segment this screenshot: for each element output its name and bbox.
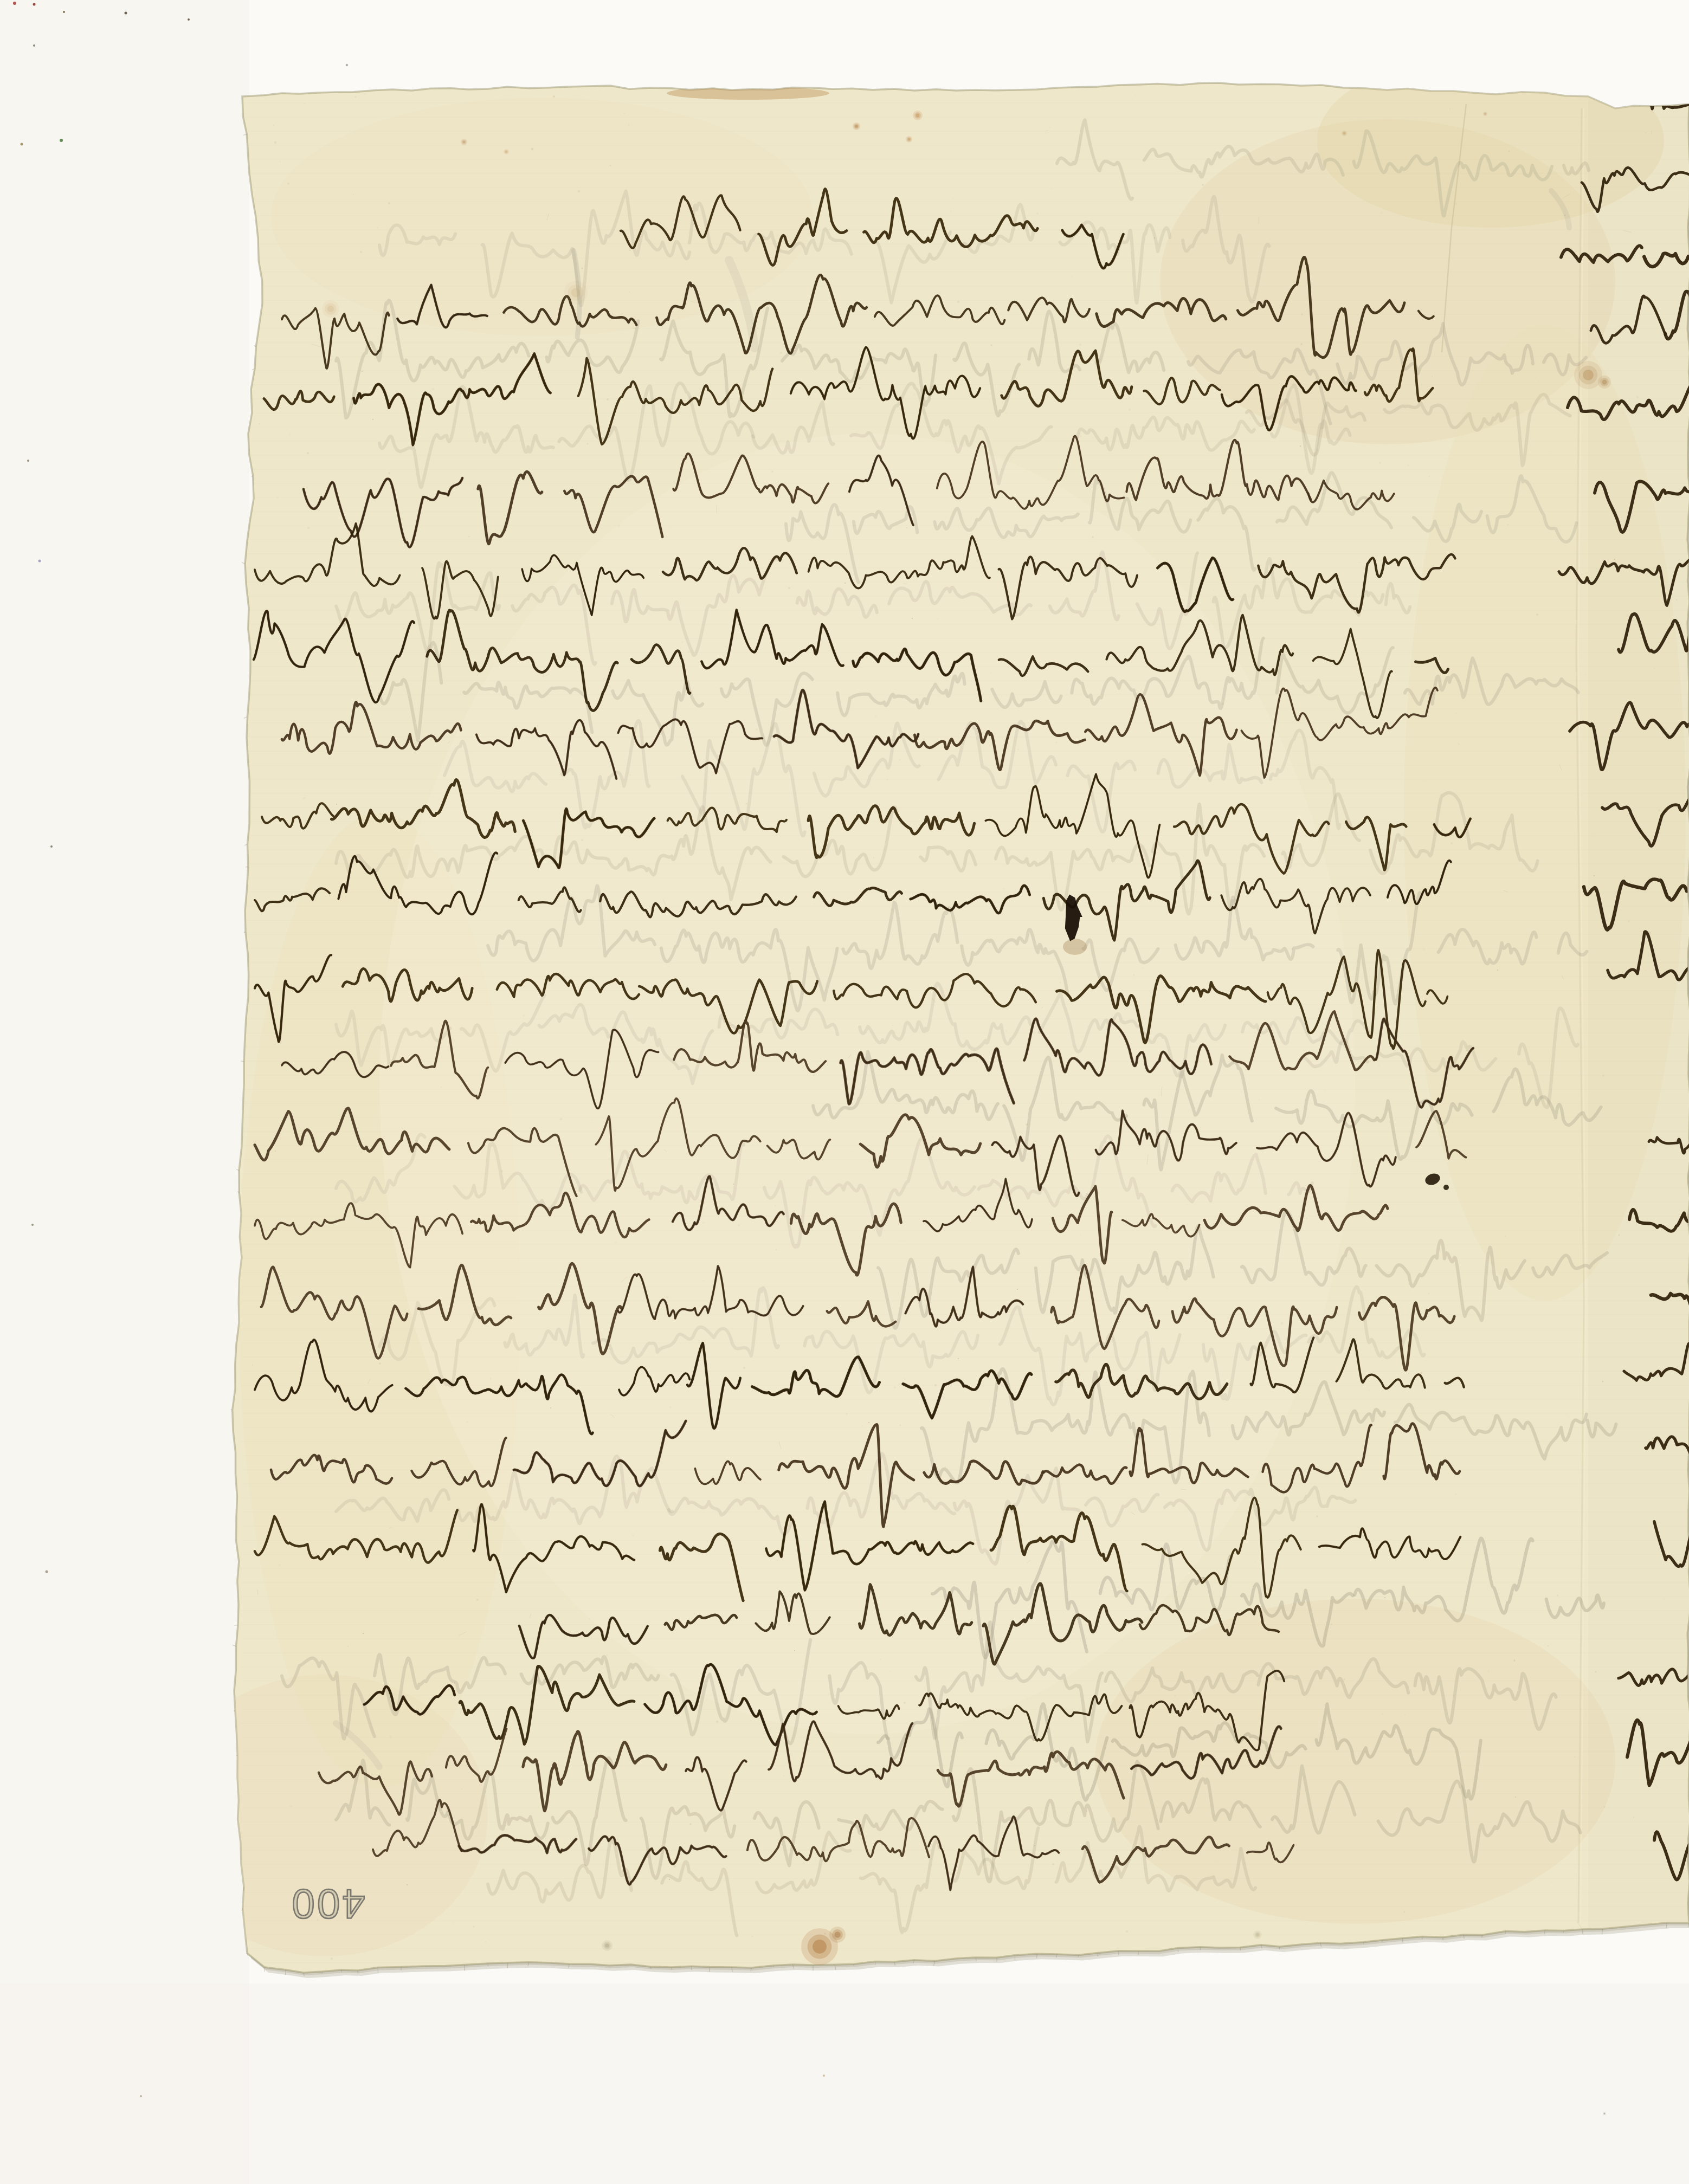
paper-freckle bbox=[1455, 713, 1457, 714]
paper-freckle bbox=[702, 1280, 704, 1281]
stain bbox=[564, 281, 588, 305]
stain-core bbox=[834, 1931, 840, 1937]
paper-freckle bbox=[1382, 1713, 1384, 1715]
paper-freckle bbox=[850, 1151, 852, 1152]
paper-freckle bbox=[689, 1823, 692, 1825]
paper-freckle bbox=[1079, 344, 1081, 346]
paper-micro-speck bbox=[407, 1884, 408, 1885]
paper-freckle bbox=[892, 1025, 893, 1026]
paper-freckle bbox=[560, 1118, 563, 1121]
scan-canvas: 400 bbox=[0, 0, 1689, 2184]
paper-freckle bbox=[678, 317, 679, 318]
paper-freckle bbox=[1190, 1589, 1192, 1591]
paper-freckle bbox=[277, 497, 279, 499]
paper-freckle bbox=[496, 597, 498, 599]
paper-micro-speck bbox=[912, 618, 913, 619]
paper-freckle bbox=[1540, 229, 1541, 230]
paper-freckle bbox=[1363, 322, 1365, 324]
dust-speck bbox=[188, 18, 190, 21]
dust-speck bbox=[46, 1571, 48, 1573]
paper-freckle bbox=[1449, 108, 1451, 109]
paper-freckle bbox=[904, 1702, 906, 1704]
paper-freckle bbox=[307, 452, 309, 454]
dust-speck bbox=[31, 1224, 34, 1226]
paper-freckle bbox=[1378, 1065, 1380, 1067]
paper-freckle bbox=[901, 1240, 903, 1242]
paper-freckle bbox=[904, 1378, 906, 1380]
dust-speck bbox=[33, 44, 35, 47]
paper-freckle bbox=[279, 1564, 281, 1566]
paper-freckle bbox=[485, 1942, 487, 1943]
paper-freckle bbox=[1403, 1911, 1405, 1912]
deckle-fuzz-hair bbox=[234, 1625, 238, 1626]
paper-freckle bbox=[945, 1466, 946, 1468]
paper-freckle bbox=[642, 1123, 643, 1125]
paper-freckle bbox=[1129, 409, 1131, 411]
paper-freckle bbox=[476, 1599, 479, 1601]
paper-freckle bbox=[1498, 1114, 1499, 1115]
paper-freckle bbox=[411, 1228, 412, 1230]
paper-freckle bbox=[957, 301, 960, 303]
paper-freckle bbox=[1359, 562, 1360, 563]
paper-freckle bbox=[586, 443, 588, 444]
paper-freckle bbox=[752, 1936, 753, 1937]
paper-freckle bbox=[1381, 211, 1383, 214]
paper-freckle bbox=[1408, 465, 1409, 466]
paper-freckle bbox=[635, 502, 636, 503]
paper-freckle bbox=[1505, 1236, 1506, 1237]
paper-freckle bbox=[1425, 780, 1427, 782]
paper-freckle bbox=[628, 124, 629, 125]
paper-freckle bbox=[1186, 1204, 1188, 1206]
paper-freckle bbox=[1175, 1695, 1176, 1697]
paper-freckle bbox=[1300, 343, 1302, 345]
stain-core bbox=[463, 141, 466, 144]
paper-freckle bbox=[1005, 1030, 1007, 1031]
paper-freckle bbox=[1166, 1288, 1168, 1289]
paper-freckle bbox=[609, 164, 611, 166]
paper-freckle bbox=[1548, 1645, 1549, 1646]
stain bbox=[602, 1940, 613, 1951]
paper-freckle bbox=[494, 1588, 496, 1591]
stain bbox=[829, 1927, 846, 1943]
paper-freckle bbox=[578, 190, 580, 192]
paper-freckle bbox=[259, 423, 261, 425]
paper-freckle bbox=[814, 903, 815, 904]
paper-freckle bbox=[1423, 948, 1425, 951]
paper-freckle bbox=[1135, 95, 1136, 96]
paper-freckle bbox=[303, 797, 305, 799]
bed-shading-bottom bbox=[0, 1983, 1689, 2184]
paper-freckle bbox=[886, 779, 888, 781]
stain-core bbox=[1343, 132, 1345, 134]
paper-freckle bbox=[899, 759, 901, 761]
paper-freckle bbox=[615, 1242, 617, 1244]
paper-micro-speck bbox=[363, 1633, 364, 1634]
paper-freckle bbox=[1324, 1089, 1325, 1091]
paper-freckle bbox=[862, 1425, 863, 1426]
paper-freckle bbox=[1317, 1516, 1318, 1517]
dust-speck bbox=[21, 143, 23, 146]
paper-freckle bbox=[869, 1161, 871, 1162]
paper-freckle bbox=[401, 1718, 403, 1720]
paper-freckle bbox=[1386, 96, 1388, 98]
deckle-fuzz-hair bbox=[875, 1962, 875, 1965]
paper-freckle bbox=[441, 1087, 442, 1088]
paper-micro-speck bbox=[563, 1711, 564, 1712]
paper-freckle bbox=[607, 398, 609, 400]
paper-freckle bbox=[880, 1659, 881, 1660]
paper-freckle bbox=[360, 251, 362, 253]
stain-core bbox=[916, 114, 920, 118]
paper-freckle bbox=[1303, 692, 1304, 693]
bed-shading-left bbox=[0, 0, 249, 2184]
paper-freckle bbox=[1451, 842, 1453, 844]
paper-freckle bbox=[1072, 276, 1073, 277]
paper-freckle bbox=[1301, 313, 1303, 315]
stain bbox=[322, 300, 339, 318]
paper-freckle bbox=[1556, 1594, 1558, 1596]
paper-freckle bbox=[873, 857, 875, 859]
paper-freckle bbox=[473, 1926, 475, 1928]
dust-speck bbox=[38, 560, 41, 563]
paper-freckle bbox=[452, 1922, 454, 1923]
paper-freckle bbox=[461, 1788, 462, 1789]
paper-freckle bbox=[1126, 1930, 1128, 1933]
paper-freckle bbox=[669, 1406, 672, 1408]
paper-freckle bbox=[1080, 1234, 1081, 1236]
paper-freckle bbox=[765, 587, 766, 589]
paper-freckle bbox=[1259, 1099, 1260, 1101]
paper-freckle bbox=[1513, 1659, 1515, 1661]
paper-freckle bbox=[588, 1223, 590, 1225]
deckle-fuzz-hair bbox=[358, 1970, 358, 1975]
paper-freckle bbox=[1453, 350, 1454, 351]
paper-freckle bbox=[937, 618, 938, 619]
paper-freckle bbox=[591, 1120, 592, 1121]
paper-freckle bbox=[1092, 537, 1094, 538]
paper-freckle bbox=[280, 161, 281, 162]
paper-freckle bbox=[738, 1224, 740, 1226]
paper-freckle bbox=[566, 264, 568, 265]
paper-freckle bbox=[275, 1151, 276, 1152]
paper-freckle bbox=[1379, 462, 1381, 464]
paper-freckle bbox=[369, 190, 370, 191]
paper-freckle bbox=[990, 344, 992, 346]
stain bbox=[906, 136, 912, 143]
folio-number: 400 bbox=[290, 1881, 365, 1927]
paper-micro-speck bbox=[1384, 1597, 1385, 1598]
paper-freckle bbox=[875, 716, 876, 717]
paper-freckle bbox=[467, 1421, 468, 1423]
paper-freckle bbox=[582, 268, 583, 269]
dust-speck bbox=[27, 460, 29, 462]
paper-freckle bbox=[1240, 1342, 1241, 1343]
paper-freckle bbox=[1344, 1679, 1345, 1681]
paper-freckle bbox=[1429, 476, 1430, 477]
paper-freckle bbox=[352, 1214, 354, 1216]
paper-freckle bbox=[1003, 888, 1004, 890]
paper-freckle bbox=[1249, 417, 1250, 419]
paper-freckle bbox=[654, 1703, 656, 1704]
stain-core bbox=[327, 306, 334, 312]
paper-freckle bbox=[1213, 589, 1214, 591]
stain-core bbox=[605, 1943, 609, 1948]
paper-freckle bbox=[252, 1365, 253, 1366]
paper-freckle bbox=[388, 202, 390, 204]
paper-freckle bbox=[379, 813, 382, 815]
paper-freckle bbox=[1052, 1708, 1053, 1709]
stain-core bbox=[571, 288, 581, 298]
paper-freckle bbox=[421, 1752, 423, 1754]
paper-freckle bbox=[1538, 381, 1540, 383]
stain bbox=[1598, 376, 1611, 389]
stain bbox=[1253, 1930, 1262, 1939]
paper-freckle bbox=[1526, 334, 1527, 335]
paper-freckle bbox=[894, 1386, 895, 1388]
paper-freckle bbox=[776, 1249, 777, 1250]
paper-freckle bbox=[1487, 1670, 1490, 1673]
paper-freckle bbox=[783, 1775, 784, 1776]
paper-freckle bbox=[1042, 1007, 1043, 1008]
paper-freckle bbox=[290, 1805, 292, 1807]
deckle-fuzz-hair bbox=[322, 1972, 323, 1974]
paper-freckle bbox=[1404, 1714, 1406, 1715]
paper-freckle bbox=[1112, 1784, 1113, 1785]
paper-freckle bbox=[583, 1661, 584, 1662]
paper-micro-speck bbox=[372, 419, 373, 420]
paper-micro-speck bbox=[550, 1407, 551, 1408]
paper-freckle bbox=[1133, 974, 1135, 976]
paper-micro-speck bbox=[1017, 1289, 1018, 1290]
dust-speck bbox=[50, 845, 53, 848]
paper-freckle bbox=[1306, 1218, 1307, 1219]
paper-freckle bbox=[1203, 766, 1204, 767]
paper-freckle bbox=[1359, 1857, 1361, 1858]
stain bbox=[853, 122, 860, 130]
paper-freckle bbox=[750, 947, 751, 949]
paper-freckle bbox=[443, 1385, 444, 1386]
dust-speck bbox=[346, 64, 348, 66]
paper-freckle bbox=[1052, 1863, 1054, 1865]
paper-freckle bbox=[1585, 674, 1586, 675]
paper-micro-speck bbox=[733, 1184, 734, 1185]
stain bbox=[1483, 112, 1487, 116]
paper-freckle bbox=[780, 352, 782, 353]
paper-freckle bbox=[377, 227, 378, 228]
deckle-fuzz-hair bbox=[1056, 1954, 1057, 1958]
paper-freckle bbox=[607, 1655, 608, 1656]
paper-freckle bbox=[553, 95, 555, 98]
stain-core bbox=[505, 151, 507, 153]
paper-freckle bbox=[952, 198, 955, 200]
paper-freckle bbox=[1254, 1561, 1256, 1562]
paper-freckle bbox=[266, 758, 267, 759]
paper-freckle bbox=[798, 693, 800, 694]
stain-core bbox=[1583, 370, 1594, 380]
paper-freckle bbox=[274, 141, 277, 144]
stain-core bbox=[1602, 379, 1607, 384]
paper-freckle bbox=[1449, 1369, 1451, 1371]
paper-freckle bbox=[1455, 203, 1458, 205]
deckle-fuzz-hair bbox=[569, 1964, 569, 1968]
dust-speck bbox=[63, 11, 65, 13]
paper-freckle bbox=[1292, 694, 1294, 696]
paper-micro-speck bbox=[362, 371, 363, 372]
paper-freckle bbox=[630, 774, 631, 776]
paper-freckle bbox=[624, 113, 626, 114]
paper-freckle bbox=[379, 1362, 381, 1365]
paper-freckle bbox=[906, 527, 907, 528]
paper-freckle bbox=[932, 1136, 934, 1138]
dust-speck bbox=[823, 2075, 825, 2077]
paper-freckle bbox=[1281, 1322, 1284, 1325]
paper-freckle bbox=[1132, 298, 1133, 299]
paper-freckle bbox=[287, 183, 289, 185]
paper-tone-patch bbox=[379, 434, 1355, 1734]
paper-freckle bbox=[1036, 212, 1039, 215]
paper-freckle bbox=[478, 1831, 480, 1832]
stain bbox=[461, 139, 467, 145]
paper-freckle bbox=[647, 1906, 648, 1907]
paper-freckle bbox=[289, 433, 291, 435]
paper-freckle bbox=[1330, 1623, 1332, 1625]
ink-blot-small-dot bbox=[1443, 1185, 1449, 1190]
paper-micro-speck bbox=[904, 1614, 905, 1616]
stain-core bbox=[908, 138, 911, 141]
paper-freckle bbox=[632, 1534, 634, 1536]
manuscript-scan: 400 bbox=[0, 0, 1689, 2184]
paper-freckle bbox=[1087, 118, 1088, 119]
paper-freckle bbox=[934, 1384, 937, 1386]
paper-freckle bbox=[331, 1957, 333, 1960]
paper-freckle bbox=[304, 102, 305, 104]
deckle-fuzz-hair bbox=[1505, 1931, 1506, 1934]
paper-freckle bbox=[1078, 1374, 1081, 1377]
deckle-fuzz-hair bbox=[1098, 1953, 1098, 1957]
paper-freckle bbox=[468, 536, 470, 538]
paper-freckle bbox=[1050, 187, 1052, 189]
paper-freckle bbox=[688, 651, 690, 653]
paper-freckle bbox=[743, 1367, 745, 1368]
stain bbox=[504, 149, 509, 154]
paper-freckle bbox=[1005, 412, 1007, 413]
paper-freckle bbox=[1217, 1860, 1218, 1862]
deckle-fuzz-hair bbox=[401, 1967, 402, 1970]
paper-micro-speck bbox=[868, 1422, 869, 1423]
paper-freckle bbox=[991, 672, 992, 673]
paper-micro-speck bbox=[336, 804, 337, 805]
paper-freckle bbox=[771, 470, 773, 472]
paper-freckle bbox=[1428, 1293, 1429, 1294]
paper-freckle bbox=[666, 1296, 668, 1298]
ink-blot-halo bbox=[1063, 939, 1087, 955]
paper-freckle bbox=[745, 803, 747, 804]
paper-freckle bbox=[545, 1453, 546, 1455]
paper-freckle bbox=[900, 1425, 901, 1426]
paper-freckle bbox=[1458, 743, 1459, 745]
paper-freckle bbox=[432, 388, 434, 390]
paper-freckle bbox=[788, 587, 790, 589]
dust-speck bbox=[13, 2, 16, 5]
paper-freckle bbox=[716, 1721, 718, 1723]
dust-speck bbox=[60, 139, 63, 142]
paper-freckle bbox=[302, 1126, 305, 1128]
paper-freckle bbox=[307, 527, 310, 529]
paper-micro-speck bbox=[1300, 445, 1301, 447]
dust-speck bbox=[140, 2095, 142, 2097]
paper-freckle bbox=[1368, 1389, 1370, 1391]
paper-freckle bbox=[697, 125, 698, 126]
paper-freckle bbox=[1574, 1756, 1576, 1758]
stain bbox=[913, 111, 923, 120]
paper-freckle bbox=[1060, 982, 1061, 984]
paper-freckle bbox=[1273, 818, 1274, 819]
paper-micro-speck bbox=[794, 1650, 795, 1651]
paper-freckle bbox=[588, 1618, 590, 1619]
paper-freckle bbox=[531, 148, 533, 150]
deckle-fuzz-hair bbox=[341, 1970, 342, 1972]
paper-freckle bbox=[1202, 184, 1203, 185]
paper-freckle bbox=[1179, 325, 1180, 326]
paper-freckle bbox=[758, 1718, 759, 1720]
paper-freckle bbox=[1507, 524, 1509, 526]
paper-freckle bbox=[1290, 474, 1292, 475]
dust-speck bbox=[33, 3, 36, 6]
deckle-fuzz-hair bbox=[1037, 1954, 1037, 1958]
stain-core bbox=[855, 125, 858, 127]
paper-freckle bbox=[835, 1556, 836, 1558]
paper-freckle bbox=[899, 1023, 900, 1024]
paper-freckle bbox=[1049, 127, 1050, 128]
stain-core bbox=[1485, 113, 1486, 115]
paper-micro-speck bbox=[669, 1879, 670, 1880]
paper-freckle bbox=[889, 1671, 891, 1672]
paper-freckle bbox=[532, 575, 533, 576]
paper-freckle bbox=[1418, 1639, 1419, 1640]
paper-freckle bbox=[1455, 1494, 1457, 1495]
paper-freckle bbox=[353, 194, 354, 195]
paper-freckle bbox=[1417, 144, 1418, 145]
paper-freckle bbox=[347, 1646, 349, 1647]
paper-micro-speck bbox=[845, 583, 846, 584]
paper-freckle bbox=[879, 1834, 880, 1835]
paper-freckle bbox=[633, 327, 635, 329]
paper-freckle bbox=[775, 1205, 776, 1206]
fold-shading-band bbox=[1588, 92, 1689, 1929]
dust-speck bbox=[1603, 2112, 1606, 2115]
dust-speck bbox=[125, 12, 127, 15]
paper-micro-speck bbox=[958, 1358, 959, 1359]
paper-freckle bbox=[354, 96, 356, 98]
paper-freckle bbox=[756, 728, 758, 731]
paper-freckle bbox=[1128, 1561, 1130, 1563]
deckle-fuzz-hair bbox=[243, 1887, 244, 1891]
paper-freckle bbox=[1509, 151, 1510, 152]
paper-freckle bbox=[1550, 451, 1551, 452]
paper-freckle bbox=[629, 292, 630, 293]
stain-core bbox=[1256, 1933, 1259, 1936]
paper-freckle bbox=[734, 683, 735, 684]
paper-freckle bbox=[1535, 268, 1536, 269]
paper-freckle bbox=[1566, 1413, 1567, 1414]
paper-freckle bbox=[523, 1015, 525, 1017]
paper-freckle bbox=[581, 839, 583, 841]
paper-freckle bbox=[846, 1413, 848, 1415]
paper-freckle bbox=[1079, 435, 1081, 437]
paper-freckle bbox=[1056, 742, 1058, 744]
paper-freckle bbox=[950, 210, 952, 212]
